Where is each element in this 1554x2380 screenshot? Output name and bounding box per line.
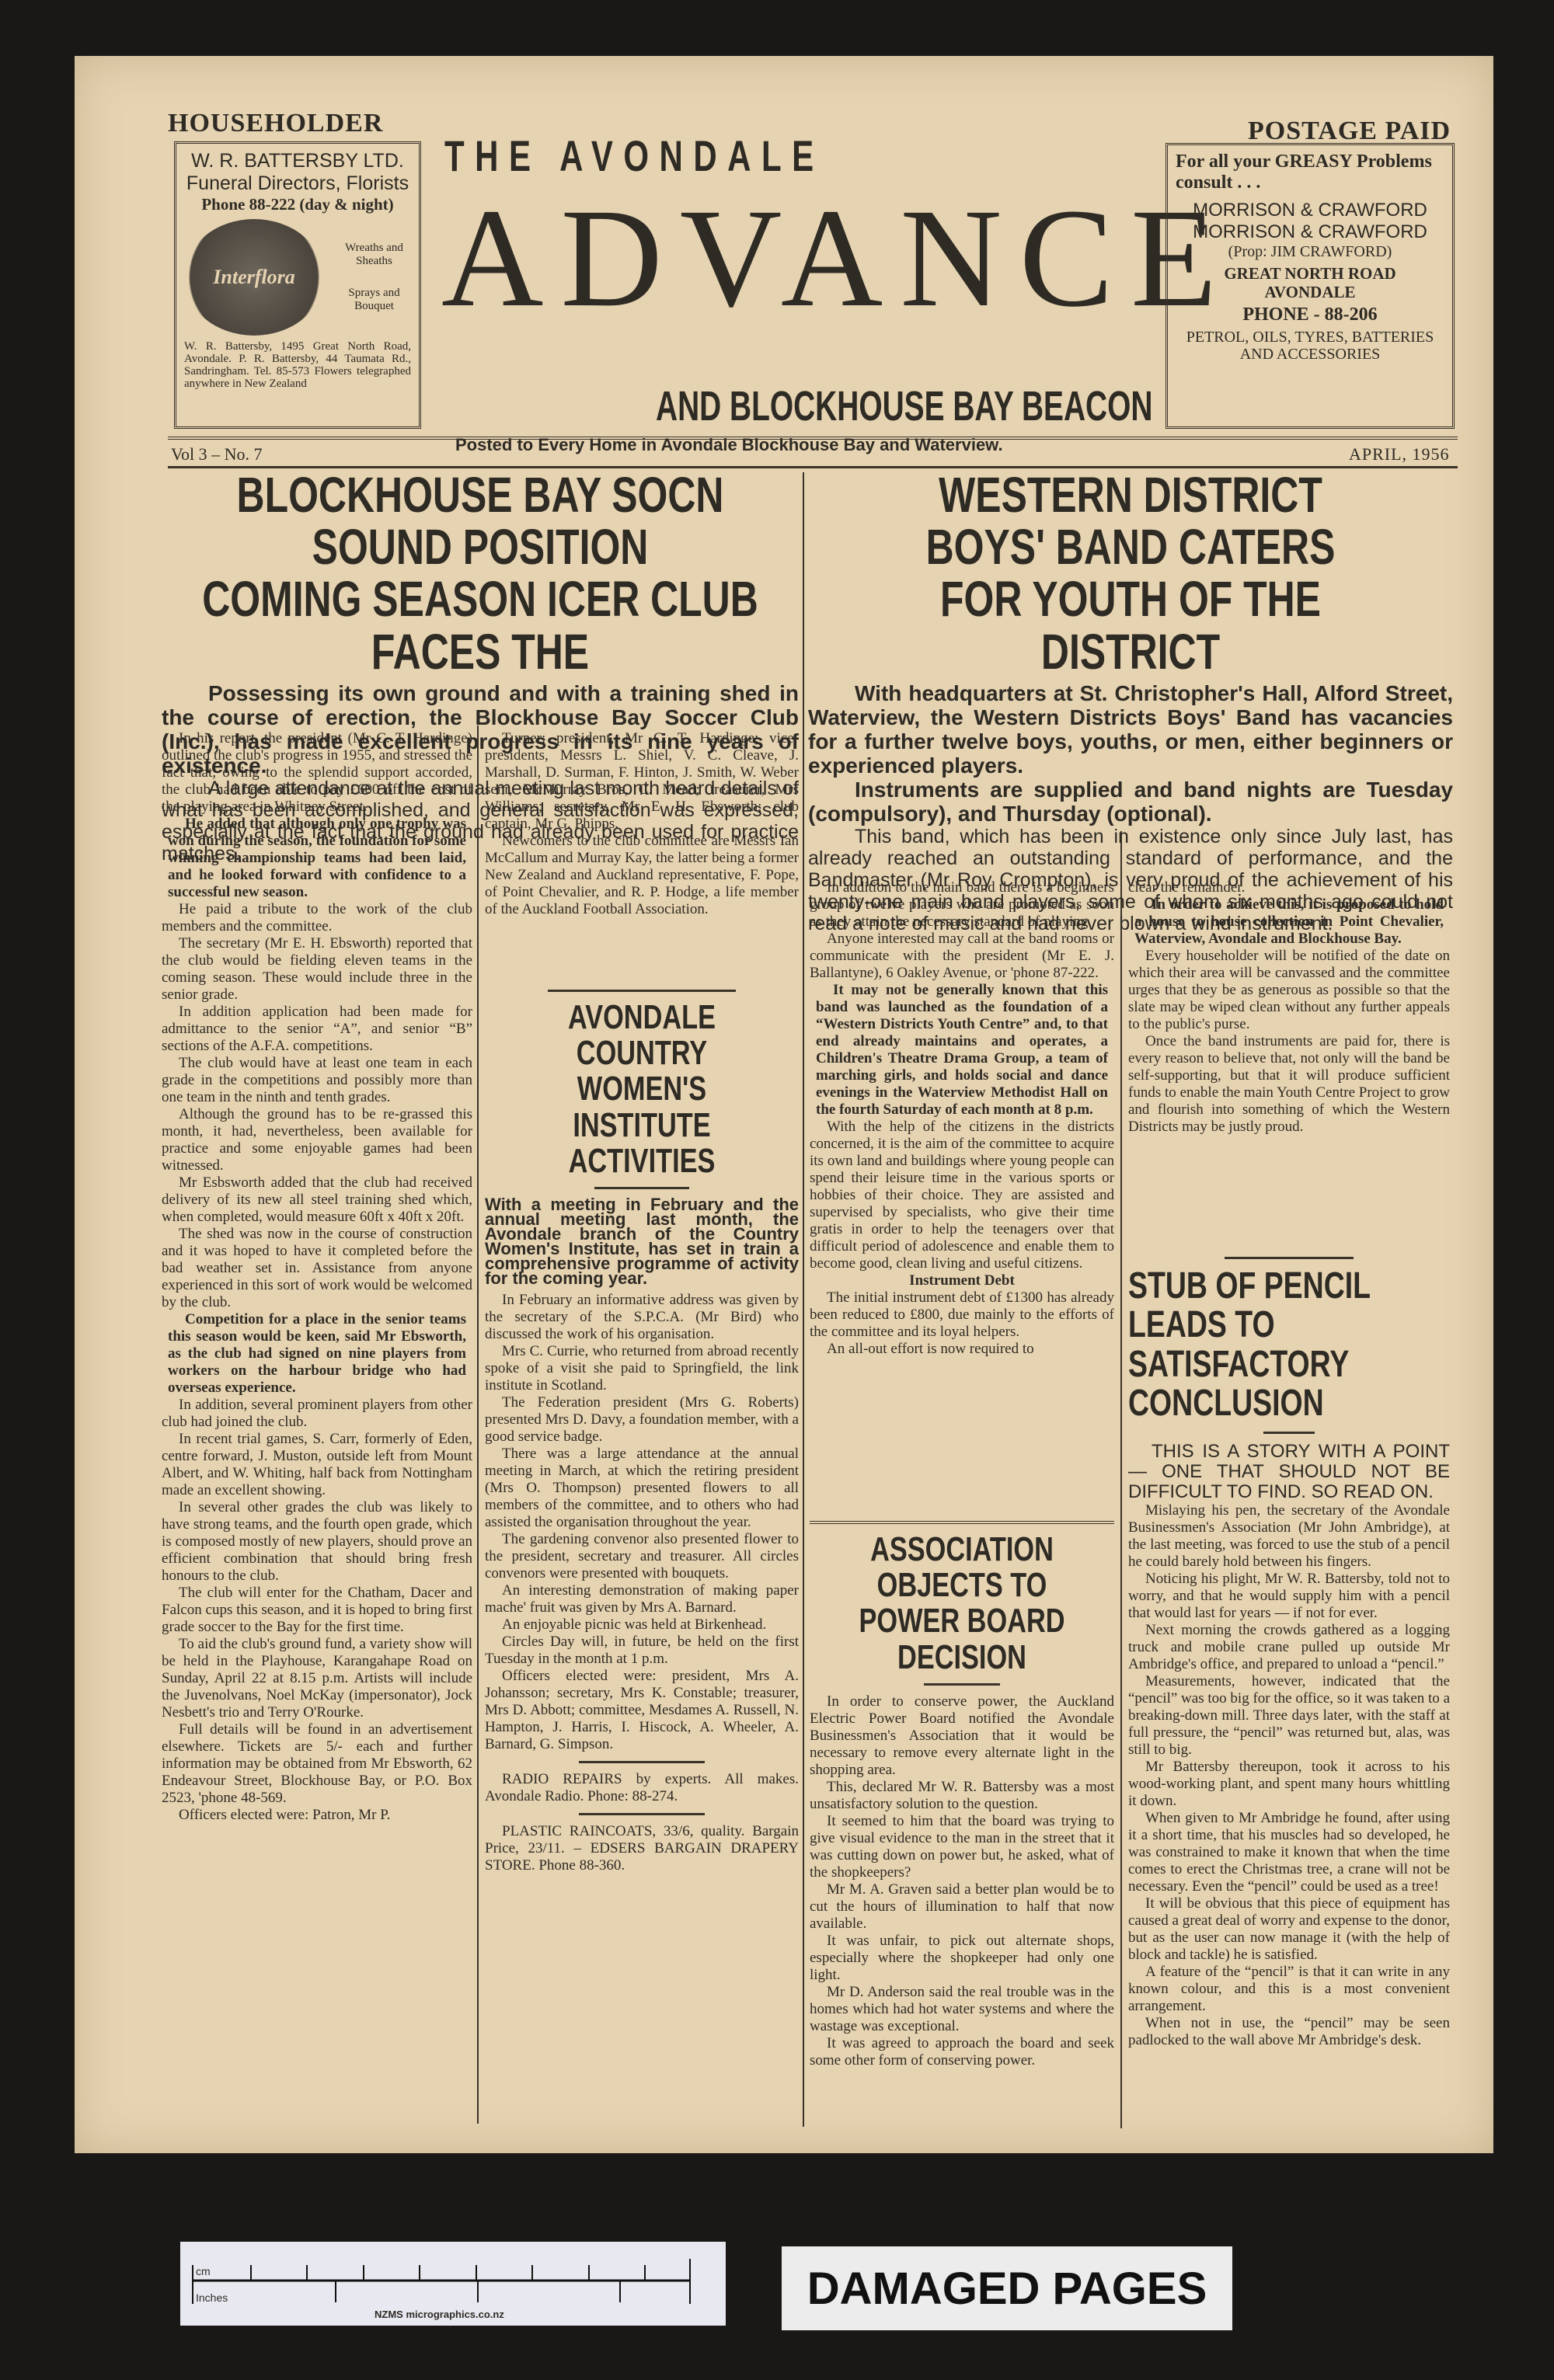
paragraph: Mr Esbsworth added that the club had rec…: [162, 1174, 472, 1226]
cwi-article: AVONDALE COUNTRY WOMEN'S INSTITUTE ACTIV…: [485, 982, 799, 1874]
paragraph: In recent trial games, S. Carr, formerly…: [162, 1431, 472, 1499]
morrison-crawford-advert: For all your GREASY Problems consult . .…: [1165, 143, 1455, 429]
paragraph: An interesting demonstration of making p…: [485, 1582, 799, 1616]
paragraph: A feature of the “pencil” is that it can…: [1128, 1964, 1450, 2015]
paragraph: Mrs C. Currie, who returned from abroad …: [485, 1343, 799, 1394]
paragraph: An enjoyable picnic was held at Birkenhe…: [485, 1616, 799, 1634]
pencil-article: STUB OF PENCIL LEADS TO SATISFACTORY CON…: [1128, 1249, 1450, 2049]
paragraph: In several other grades the club was lik…: [162, 1499, 472, 1585]
paragraph: In addition application had been made fo…: [162, 1004, 472, 1055]
paragraph: It will be obvious that this piece of eq…: [1128, 1895, 1450, 1964]
cwi-lede: With a meeting in February and the annua…: [485, 1197, 799, 1286]
paragraph: Circles Day will, in future, be held on …: [485, 1634, 799, 1668]
paragraph: clear the remainder.: [1128, 879, 1450, 896]
paragraph: In addition, several prominent players f…: [162, 1397, 472, 1431]
advert-products: PETROL, OILS, TYRES, BATTERIES AND ACCES…: [1176, 329, 1444, 363]
logo-text: Interflora: [213, 266, 294, 289]
ruler-inches-label: Inches: [196, 2291, 228, 2304]
soccer-column-2: Turner; president, Mr C. T. Hardinge; vi…: [485, 730, 799, 918]
paragraph: In addition to the main band there is a …: [810, 879, 1114, 931]
band-column-1: In addition to the main band there is a …: [810, 879, 1114, 1358]
paragraph: Once the band instruments are paid for, …: [1128, 1033, 1450, 1136]
paragraph: The club would have at least one team in…: [162, 1055, 472, 1106]
paragraph: Every householder will be notified of th…: [1128, 948, 1450, 1033]
damaged-pages-label: DAMAGED PAGES: [782, 2246, 1232, 2330]
divider: [579, 1761, 705, 1763]
paragraph: Competition for a place in the senior te…: [168, 1311, 466, 1397]
interflora-logo-icon: Interflora: [184, 219, 324, 336]
battersby-advert: W. R. BATTERSBY LTD. Funeral Directors, …: [174, 141, 421, 429]
cwi-headline: AVONDALE COUNTRY WOMEN'S INSTITUTE ACTIV…: [519, 1000, 764, 1179]
paragraph: He paid a tribute to the work of the clu…: [162, 901, 472, 935]
divider: [548, 990, 736, 992]
raincoats-classified: PLASTIC RAINCOATS, 33/6, quality. Bargai…: [485, 1823, 799, 1874]
band-lede: With headquarters at St. Christopher's H…: [808, 681, 1453, 778]
power-board-headline: ASSOCIATION OBJECTS TO POWER BOARD DECIS…: [843, 1532, 1081, 1675]
paragraph: In order to achieve this, it is proposed…: [1134, 896, 1444, 948]
paragraph: Officers elected were: Patron, Mr P.: [162, 1807, 472, 1824]
divider: [810, 1521, 1114, 1524]
masthead-subtitle: AND BLOCKHOUSE BAY BEACON: [656, 382, 1152, 430]
paragraph: When not in use, the “pencil” may be see…: [1128, 2015, 1450, 2049]
advert-services: Funeral Directors, Florists: [184, 172, 411, 195]
divider: [1225, 1257, 1354, 1259]
pencil-intro: THIS IS A STORY WITH A POINT — ONE THAT …: [1128, 1442, 1450, 1502]
classified-text: PLASTIC RAINCOATS, 33/6, quality. Bargai…: [485, 1823, 799, 1874]
paragraph: In February an informative address was g…: [485, 1292, 799, 1343]
paragraph: Turner; president, Mr C. T. Hardinge; vi…: [485, 730, 799, 833]
paragraph: Measurements, however, indicated that th…: [1128, 1673, 1450, 1759]
paragraph: Mr D. Anderson said the real trouble was…: [810, 1984, 1114, 2035]
advert-prop: (Prop: JIM CRAWFORD): [1176, 243, 1444, 261]
column-divider: [477, 725, 479, 2124]
advert-wreaths: Wreaths and Sheaths: [337, 242, 411, 268]
masthead-rule: [168, 437, 1458, 440]
paragraph: The secretary (Mr E. H. Ebsworth) report…: [162, 935, 472, 1004]
paragraph: It was unfair, to pick out alternate sho…: [810, 1933, 1114, 1984]
divider: [594, 1187, 688, 1189]
column-divider: [1120, 831, 1122, 2128]
divider: [924, 1683, 1000, 1686]
issue-date: APRIL, 1956: [1349, 444, 1450, 465]
ruler-brand: NZMS micrographics.co.nz: [375, 2309, 504, 2320]
soccer-headline-2: COMING SEASON ICER CLUB FACES THE: [165, 573, 795, 677]
paragraph: Officers elected were: president, Mrs A.…: [485, 1668, 799, 1753]
postage-paid-label: POSTAGE PAID: [1248, 117, 1451, 146]
band-headline-2: FOR YOUTH OF THE DISTRICT: [879, 573, 1382, 677]
paragraph: The initial instrument debt of £1300 has…: [810, 1289, 1114, 1341]
soccer-column-1: In his report, the president (Mr C. T. H…: [162, 730, 472, 1824]
radio-repairs-classified: RADIO REPAIRS by experts. All makes. Avo…: [485, 1771, 799, 1805]
instrument-debt-subhead: Instrument Debt: [810, 1272, 1114, 1289]
paragraph: When given to Mr Ambridge he found, afte…: [1128, 1810, 1450, 1895]
advert-name-2: MORRISON & CRAWFORD: [1176, 221, 1444, 243]
cwi-body: In February an informative address was g…: [485, 1292, 799, 1753]
advert-road: GREAT NORTH ROAD: [1176, 264, 1444, 283]
paragraph: In order to conserve power, the Auckland…: [810, 1693, 1114, 1779]
band-lede-b: Instruments are supplied and band nights…: [808, 778, 1453, 826]
advert-company: W. R. BATTERSBY LTD.: [184, 150, 411, 172]
paragraph: Although the ground has to be re-grassed…: [162, 1106, 472, 1174]
paragraph: It was agreed to approach the board and …: [810, 2035, 1114, 2069]
paragraph: It may not be generally known that this …: [816, 982, 1108, 1119]
band-headline-1: WESTERN DISTRICT BOYS' BAND CATERS: [879, 469, 1382, 573]
soccer-headline-1: BLOCKHOUSE BAY SOCN SOUND POSITION: [165, 469, 795, 573]
power-board-body: In order to conserve power, the Auckland…: [810, 1693, 1114, 2069]
paragraph: To aid the club's ground fund, a variety…: [162, 1636, 472, 1721]
advert-phone: Phone 88-222 (day & night): [184, 195, 411, 214]
paragraph: The Federation president (Mrs G. Roberts…: [485, 1394, 799, 1446]
paragraph: With the help of the citizens in the dis…: [810, 1119, 1114, 1272]
divider: [579, 1813, 705, 1815]
pencil-body: Mislaying his pen, the secretary of the …: [1128, 1502, 1450, 2049]
paragraph: This, declared Mr W. R. Battersby was a …: [810, 1779, 1114, 1813]
paragraph: It seemed to him that the board was tryi…: [810, 1813, 1114, 1881]
paragraph: Newcomers to the club committee are Mess…: [485, 833, 799, 918]
power-board-article: ASSOCIATION OBJECTS TO POWER BOARD DECIS…: [810, 1521, 1114, 2069]
paragraph: Mr Battersby thereupon, took it across t…: [1128, 1759, 1450, 1810]
paragraph: Anyone interested may call at the band r…: [810, 931, 1114, 982]
paragraph: There was a large attendance at the annu…: [485, 1446, 799, 1531]
scale-ruler: cm Inches NZMS micrographics.co.nz: [180, 2242, 726, 2326]
advert-address: W. R. Battersby, 1495 Great North Road, …: [184, 340, 411, 390]
paragraph: The shed was now in the course of constr…: [162, 1226, 472, 1311]
divider: [1263, 1432, 1315, 1434]
advert-sprays: Sprays and Bouquet: [337, 287, 411, 313]
advert-name-1: MORRISON & CRAWFORD: [1176, 200, 1444, 221]
masthead-the-avondale: THE AVONDALE: [444, 130, 824, 181]
advert-intro: For all your GREASY Problems consult . .…: [1176, 151, 1444, 193]
advert-suburb: AVONDALE: [1176, 283, 1444, 301]
paragraph: Noticing his plight, Mr W. R. Battersby,…: [1128, 1571, 1450, 1622]
householder-label: HOUSEHOLDER: [168, 109, 383, 138]
paragraph: Mislaying his pen, the secretary of the …: [1128, 1502, 1450, 1571]
paragraph: Full details will be found in an adverti…: [162, 1721, 472, 1807]
advert-phone: PHONE - 88-206: [1176, 304, 1444, 325]
paragraph: He added that although only one trophy w…: [168, 816, 466, 901]
volume-number: Vol 3 – No. 7: [171, 444, 263, 465]
paragraph: An all-out effort is now required to: [810, 1341, 1114, 1358]
pencil-headline: STUB OF PENCIL LEADS TO SATISFACTORY CON…: [1128, 1267, 1449, 1424]
paragraph: The gardening convenor also presented fl…: [485, 1531, 799, 1582]
band-column-2: clear the remainder.In order to achieve …: [1128, 879, 1450, 1136]
paragraph: Mr M. A. Graven said a better plan would…: [810, 1881, 1114, 1933]
newspaper-page: HOUSEHOLDER POSTAGE PAID W. R. BATTERSBY…: [75, 56, 1493, 2153]
paragraph: In his report, the president (Mr C. T. H…: [162, 730, 472, 816]
paragraph: The club will enter for the Chatham, Dac…: [162, 1585, 472, 1636]
ruler-cm-label: cm: [196, 2265, 211, 2277]
paragraph: Next morning the crowds gathered as a lo…: [1128, 1622, 1450, 1673]
masthead-advance: ADVANCE: [441, 188, 1234, 329]
classified-text: RADIO REPAIRS by experts. All makes. Avo…: [485, 1771, 799, 1805]
column-divider: [803, 472, 804, 2127]
band-article: WESTERN DISTRICT BOYS' BAND CATERS FOR Y…: [808, 469, 1453, 934]
